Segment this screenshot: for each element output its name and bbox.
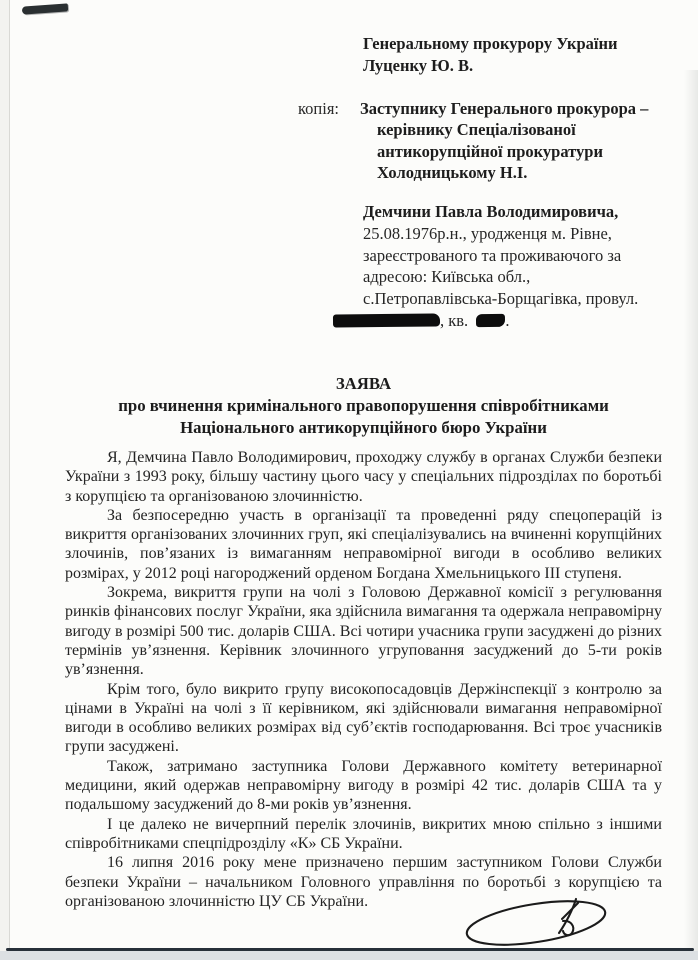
addressee-line: Генеральному прокурору України [363, 33, 618, 55]
document-subtitle-line: про вчинення кримінального правопорушенн… [65, 395, 662, 417]
addressee-line: Луценку Ю. В. [363, 55, 618, 77]
body-paragraph: Зокрема, викриття групи на чолі з Голово… [65, 583, 662, 679]
redacted-line-text: , кв. [440, 311, 468, 330]
applicant-name: Демчини Павла Володимировича, [363, 201, 638, 223]
pen-mark-top-left [22, 3, 68, 14]
copy-line: Холодницькому Н.І. [360, 162, 648, 183]
copy-line: антикорупційної прокуратури [360, 141, 648, 162]
copy-line: керівнику Спеціалізованої [360, 119, 648, 140]
applicant-block: Демчини Павла Володимировича, 25.08.1976… [363, 201, 638, 332]
scan-bottom-band [0, 951, 698, 960]
body-paragraph: Я, Демчина Павло Володимирович, проходжу… [65, 448, 662, 506]
copy-line: Заступнику Генерального прокурора – [360, 98, 648, 119]
applicant-redacted-line: , кв. . [333, 310, 638, 332]
copy-addressee-block: копія: Заступнику Генерального прокурора… [298, 98, 648, 184]
body-paragraph: Також, затримано заступника Голови Держа… [65, 757, 662, 815]
document-title: ЗАЯВА [65, 373, 662, 395]
page-left-edge [0, 0, 10, 951]
redaction-bar-street [333, 313, 440, 327]
document-body: Я, Демчина Павло Володимирович, проходжу… [65, 448, 662, 911]
body-paragraph: Крім того, було викрито групу високопоса… [65, 680, 662, 757]
handwritten-signature [452, 893, 620, 951]
applicant-line: 25.08.1976р.н., уродженця м. Рівне, [363, 223, 638, 245]
applicant-line: адресою: Київська обл., [363, 266, 638, 288]
document-title-block: ЗАЯВА про вчинення кримінального правопо… [65, 373, 662, 438]
applicant-line: зареєстрованого та проживаючого за [363, 245, 638, 267]
copy-lines: Заступнику Генерального прокурора – кері… [360, 98, 648, 184]
scanned-document-page: Генеральному прокурору України Луценку Ю… [0, 0, 698, 960]
addressee-block: Генеральному прокурору України Луценку Ю… [363, 33, 618, 77]
redacted-line-text: . [505, 311, 509, 330]
page-right-edge-shadow [684, 70, 698, 951]
body-paragraph: За безпосередню участь в організації та … [65, 506, 662, 583]
copy-label: копія: [298, 98, 339, 119]
redaction-bar-apartment [476, 314, 505, 327]
body-paragraph: І це далеко не вичерпний перелік злочині… [65, 815, 662, 854]
document-subtitle-line: Національного антикорупційного бюро Укра… [65, 417, 662, 439]
applicant-line: с.Петропавлівська-Борщагівка, провул. [363, 288, 638, 310]
